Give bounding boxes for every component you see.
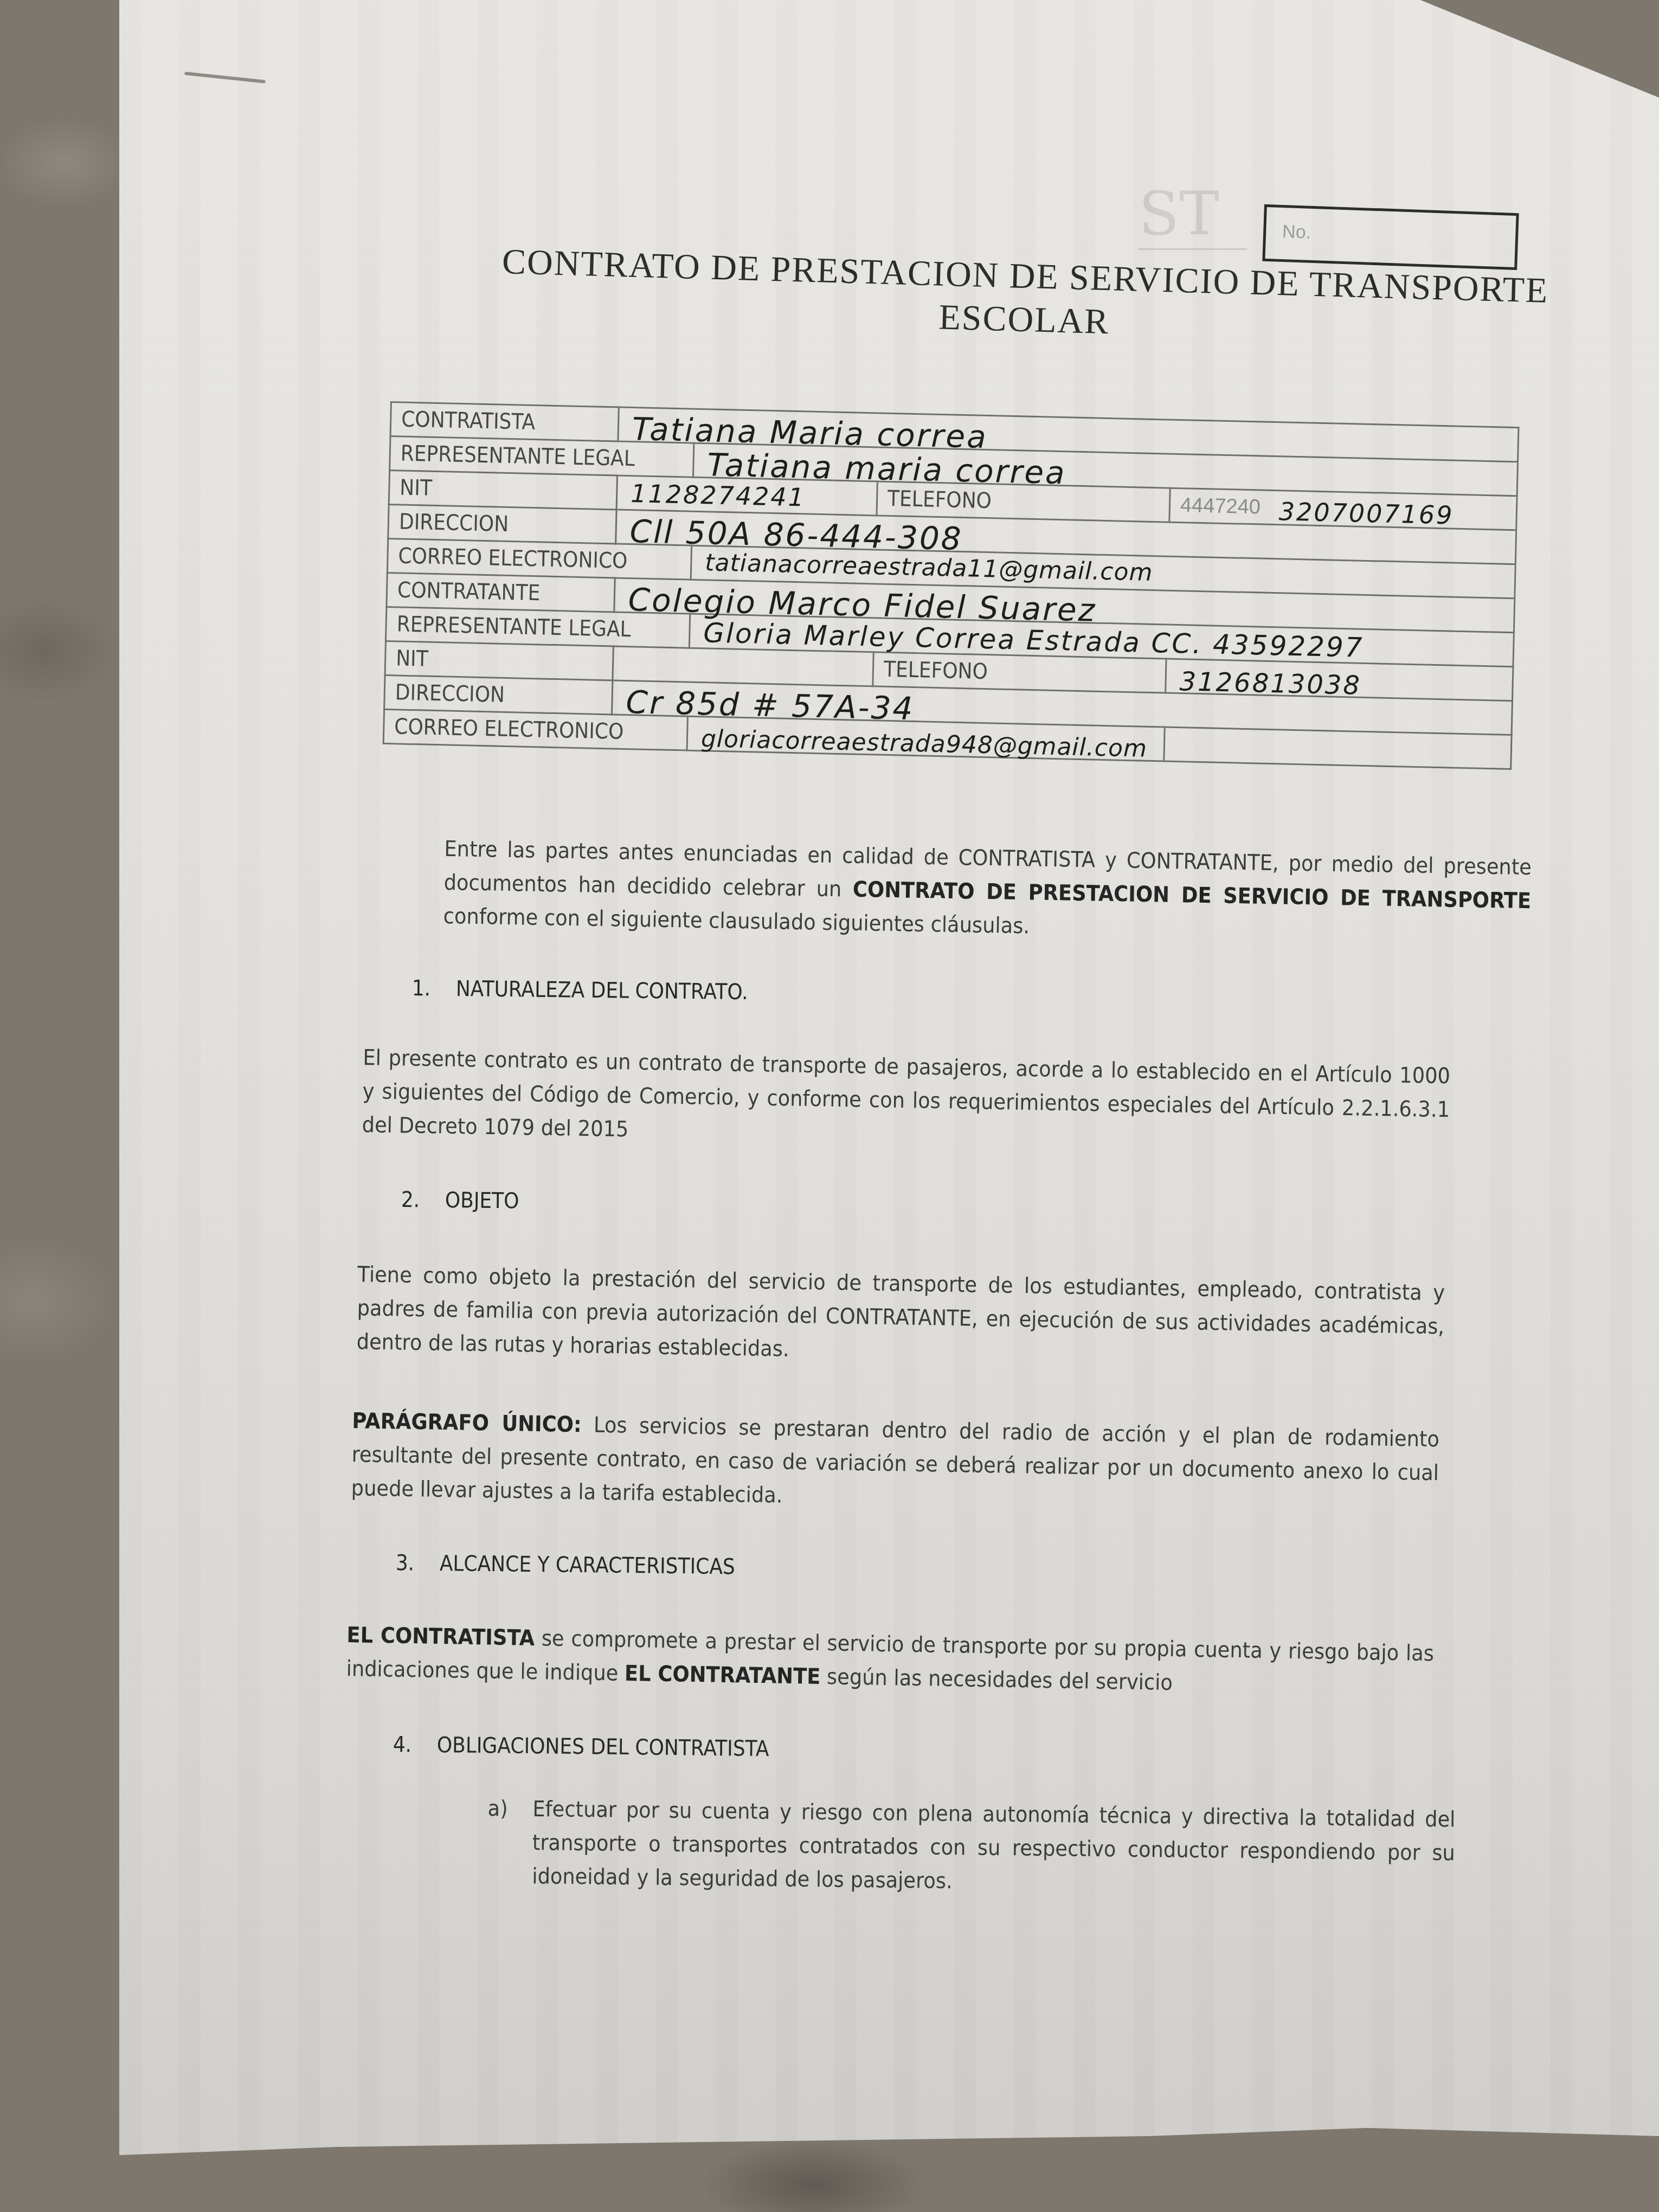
section-3-bold-a: EL CONTRATISTA [346, 1623, 535, 1651]
section-3-heading: 3.ALCANCE Y CARACTERISTICAS [396, 1551, 735, 1579]
direccion-label: DIRECCION [398, 509, 509, 537]
contract-page: ST No. CONTRATO DE PRESTACION DE SERVICI… [119, 0, 1659, 2158]
telefono2-label: TELEFONO [883, 657, 988, 684]
correo-value: tatianacorreaestrada11@gmail.com [705, 549, 1153, 587]
correo2-value: gloriacorreaestrada948@gmail.com [700, 725, 1147, 763]
section-2-body: Tiene como objeto la prestación del serv… [356, 1258, 1445, 1377]
company-logo: ST [1139, 179, 1247, 255]
contract-number-box: No. [1262, 204, 1519, 270]
telefono-label: TELEFONO [888, 486, 992, 513]
item-marker: a) [487, 1792, 508, 1825]
rep-legal-label: REPRESENTANTE LEGAL [400, 441, 635, 471]
section-number: 3. [396, 1551, 440, 1576]
section-number: 2. [401, 1187, 445, 1213]
section-3-text-b: según las necesidades del servicio [820, 1664, 1173, 1695]
nit-value: 1128274241 [631, 479, 806, 512]
section-4-heading: 4.OBLIGACIONES DEL CONTRATISTA [393, 1732, 769, 1761]
obligation-item-a: a)Efectuar por su cuenta y riesgo con pl… [487, 1792, 1455, 1904]
intro-bold: CONTRATO DE PRESTACION DE SERVICIO DE TR… [853, 877, 1532, 914]
section-2-heading: 2.OBJETO [401, 1187, 519, 1214]
contratista-label: CONTRATISTA [401, 407, 536, 435]
section-title: NATURALEZA DEL CONTRATO. [456, 976, 748, 1005]
section-1-body: El presente contrato es un contrato de t… [362, 1041, 1450, 1160]
direccion2-label: DIRECCION [395, 680, 505, 708]
nit2-label: NIT [396, 646, 429, 671]
section-number: 1. [412, 976, 456, 1001]
paragrafo-label: PARÁGRAFO ÚNICO: [352, 1409, 582, 1437]
paragrafo-unico: PARÁGRAFO ÚNICO: Los servicios se presta… [351, 1404, 1439, 1523]
section-title: OBJETO [445, 1188, 519, 1214]
contratante-label: CONTRATANTE [397, 577, 541, 606]
pen-mark [184, 72, 266, 83]
section-3-bold-b: EL CONTRATANTE [625, 1661, 821, 1689]
item-text: Efectuar por su cuenta y riesgo con plen… [532, 1797, 1456, 1894]
logo-underline [1139, 248, 1247, 250]
intro-paragraph: Entre las partes antes enunciadas en cal… [443, 832, 1532, 951]
section-title: ALCANCE Y CARACTERISTICAS [440, 1551, 735, 1579]
intro-text-b: conforme con el siguiente clausulado sig… [443, 904, 1030, 938]
section-1-heading: 1.NATURALEZA DEL CONTRATO. [412, 976, 748, 1005]
correo-label: CORREO ELECTRONICO [398, 543, 628, 574]
section-number: 4. [393, 1732, 437, 1758]
logo-glyph-icon: ST [1139, 179, 1219, 248]
correo2-label: CORREO ELECTRONICO [394, 714, 624, 744]
parties-table: CONTRATISTA Tatiana Maria correa REPRESE… [383, 401, 1520, 770]
section-3-body: EL CONTRATISTA se compromete a prestar e… [346, 1618, 1434, 1704]
nit-label: NIT [400, 475, 433, 500]
rep-legal2-label: REPRESENTANTE LEGAL [396, 612, 631, 642]
telefono-printed: 4447240 [1180, 494, 1261, 518]
contract-number-label: No. [1282, 221, 1311, 243]
section-title: OBLIGACIONES DEL CONTRATISTA [437, 1733, 769, 1761]
